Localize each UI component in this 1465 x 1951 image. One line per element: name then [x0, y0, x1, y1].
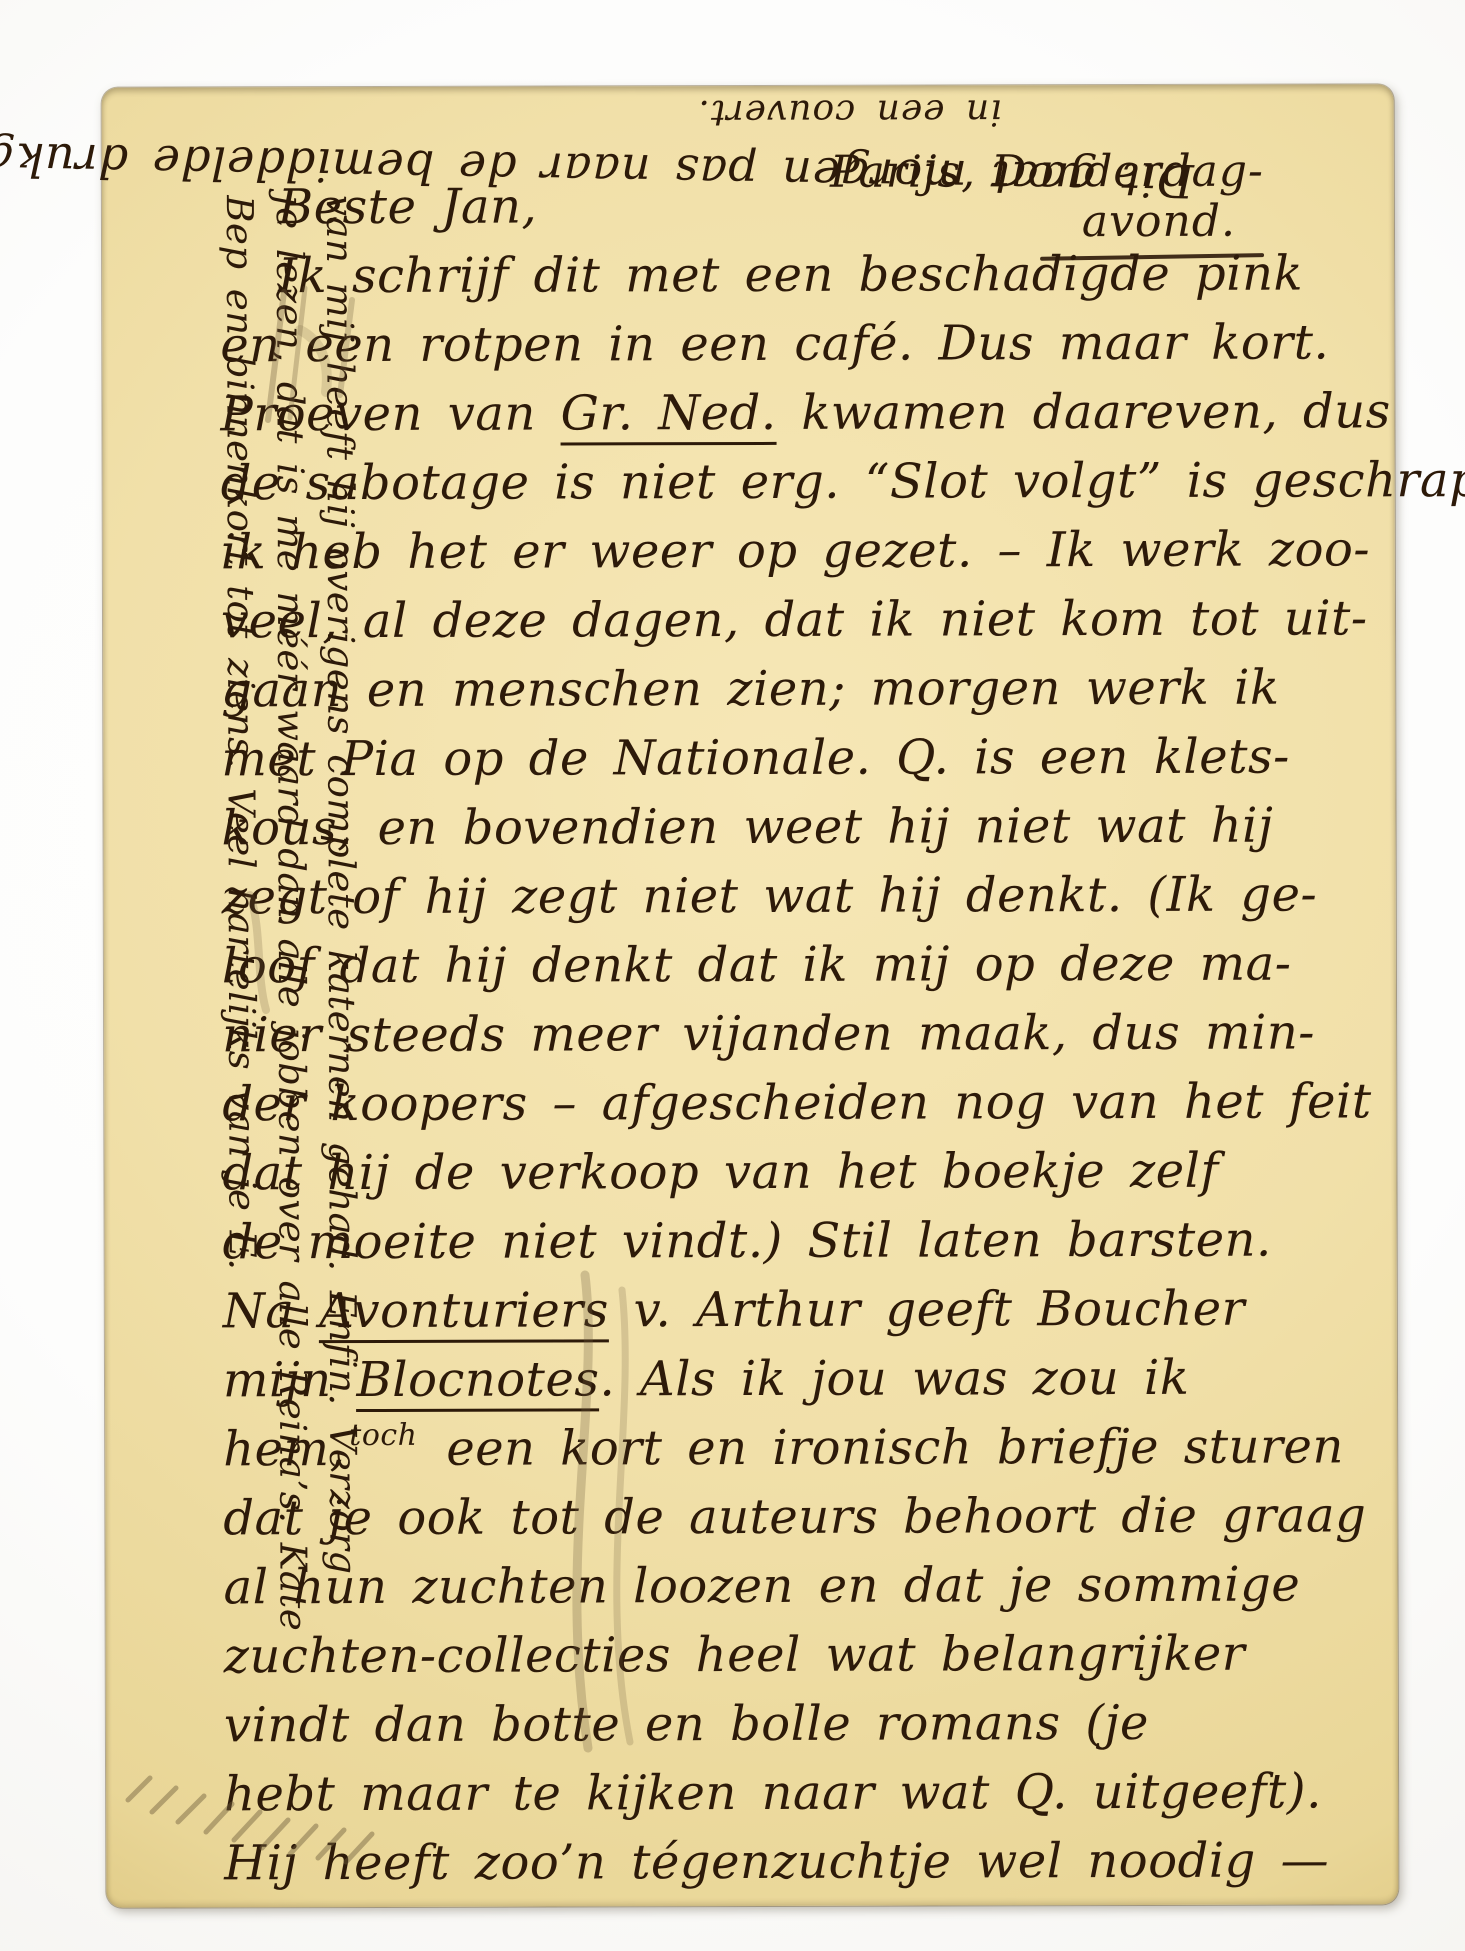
text-line: zuchten-collecties heel wat belangrijker [224, 1619, 1394, 1691]
margin-line: van mij heeft hij overigens complete kat… [314, 195, 369, 1947]
postcard: Dit gaat morgen pas naar de bemiddelde d… [102, 84, 1399, 1907]
text-line: nier steeds meer vijanden maak, dus min- [222, 998, 1392, 1070]
text-line: der koopers – afgescheiden nog van het f… [222, 1067, 1392, 1139]
text-line: Proeven van Gr. Ned. kwamen daareven, du… [220, 377, 1390, 449]
text-line: ik heb het er weer op gezet. – Ik werk z… [221, 515, 1391, 587]
margin-line: je lezen, dat is me méér waard dan alle … [264, 195, 319, 1947]
text-line: hem,toch een kort en ironisch briefje st… [223, 1412, 1393, 1484]
scanner-background: Dit gaat morgen pas naar de bemiddelde d… [0, 0, 1465, 1951]
text-line: mijn Blocnotes. Als ik jou was zou ik [223, 1343, 1393, 1415]
text-line: loof dat hij denkt dat ik mij op deze ma… [222, 929, 1392, 1001]
text-line: Beste Jan, [220, 170, 1390, 242]
text-line: gaan en menschen zien; morgen werk ik [221, 653, 1391, 725]
flipped-postscript-line-2: in een couvert. [572, 91, 1002, 133]
text-line: dat je ook tot de auteurs behoort die gr… [223, 1481, 1393, 1553]
text-line: veel, al deze dagen, dat ik niet kom tot… [221, 584, 1391, 656]
text-line: met Pia op de Nationale. Q. is een klets… [221, 722, 1391, 794]
body-text: Beste Jan,Ik schrijf dit met een beschad… [220, 170, 1395, 1898]
margin-note: van mij heeft hij overigens complete kat… [212, 195, 369, 1947]
text-line: de moeite niet vindt.) Stil laten barste… [223, 1205, 1393, 1277]
underlined-title: Blocnotes [356, 1351, 599, 1412]
scanned-postcard-page: { "document": { "type_label": "handgesch… [0, 0, 1465, 1951]
text-line: dat hij de verkoop van het boekje zelf [222, 1136, 1392, 1208]
text-line: Hij heeft zoo’n tégenzuchtje wel noodig … [224, 1826, 1394, 1898]
text-line: al hun zuchten loozen en dat je sommige [223, 1550, 1393, 1622]
underlined-title: Gr. Ned. [561, 385, 777, 446]
text-line: Ik schrijf dit met een beschadigde pink [220, 239, 1390, 311]
text-line: en een rotpen in een café. Dus maar kort… [220, 308, 1390, 380]
text-line: de sabotage is niet erg. “Slot volgt” is… [221, 446, 1391, 518]
text-line: kous, en bovendien weet hij niet wat hij [221, 791, 1391, 863]
margin-line: Bep en binnenkort tot ziens. Veel hartel… [214, 195, 269, 1947]
text-line: zegt of hij zegt niet wat hij denkt. (Ik… [222, 860, 1392, 932]
text-line: vindt dan botte en bolle romans (je [224, 1688, 1394, 1760]
text-line: Na Avonturiers v. Arthur geeft Boucher [223, 1274, 1393, 1346]
text-line: hebt maar te kijken naar wat Q. uitgeeft… [224, 1757, 1394, 1829]
